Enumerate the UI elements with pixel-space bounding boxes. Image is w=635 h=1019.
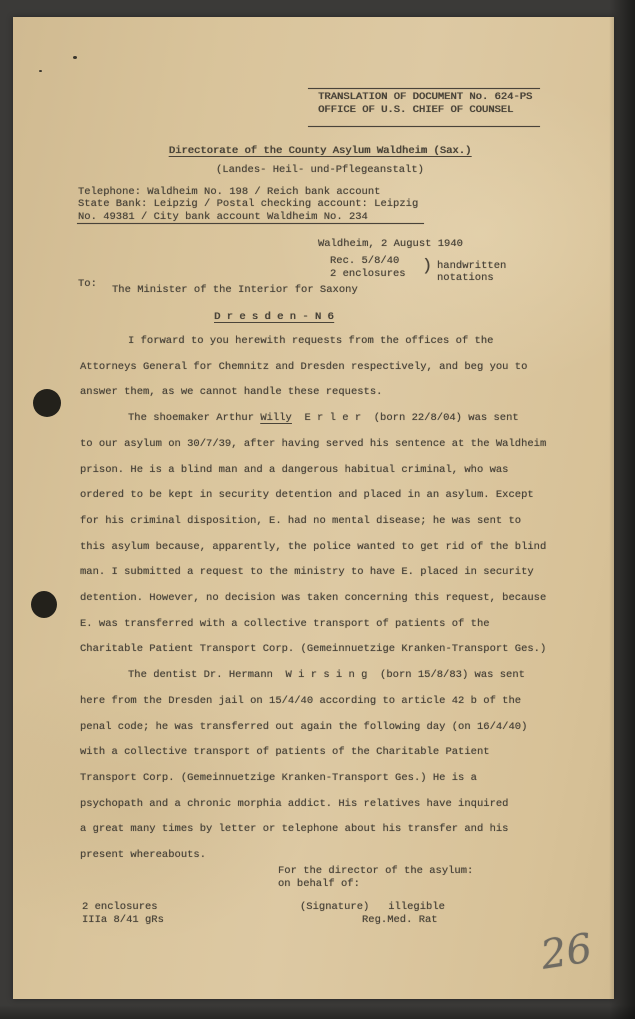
letterhead-contact: Telephone: Waldheim No. 198 / Reich bank… xyxy=(78,186,418,223)
dateline: Waldheim, 2 August 1940 xyxy=(318,238,463,250)
letterhead-title: Directorate of the County Asylum Waldhei… xyxy=(20,145,620,157)
text-line: answer them, as we cannot handle these r… xyxy=(80,380,566,406)
letterhead-subtitle: (Landes- Heil- und-Pflegeanstalt) xyxy=(20,164,620,176)
text-line: State Bank: Leipzig / Postal checking ac… xyxy=(78,198,418,210)
text-line: man. I submitted a request to the minist… xyxy=(80,560,566,586)
signature-block: (Signature) illegible Reg.Med. Rat xyxy=(300,901,445,927)
text-line: No. 49381 / City bank account Waldheim N… xyxy=(78,211,418,223)
document-page: TRANSLATION OF DOCUMENT No. 624-PS OFFIC… xyxy=(13,17,614,999)
punch-hole xyxy=(31,591,57,618)
text-line: Rec. 5/8/40 xyxy=(330,255,406,268)
text-line: notations xyxy=(437,272,506,284)
letter-body: I forward to you herewith requests from … xyxy=(80,329,566,869)
signature-line: (Signature) illegible xyxy=(300,901,445,914)
stamp-line-1: TRANSLATION OF DOCUMENT No. 624-PS xyxy=(318,91,532,104)
scan-edge-shadow xyxy=(609,0,635,1019)
stamp-rule-bottom xyxy=(308,126,540,127)
text-line: here from the Dresden jail on 15/4/40 ac… xyxy=(80,689,566,715)
footer-reference: 2 enclosuresIIIa 8/41 gRs xyxy=(82,901,164,927)
received-note-right: handwrittennotations xyxy=(437,260,506,284)
closing-block: For the director of the asylum: on behal… xyxy=(278,865,473,892)
text-line: with a collective transport of patients … xyxy=(80,740,566,766)
text-line: 2 enclosures xyxy=(330,268,406,281)
text-line: The shoemaker Arthur Willy E r l e r (bo… xyxy=(80,406,566,432)
scan-edge-shadow xyxy=(0,1005,635,1019)
translation-stamp: TRANSLATION OF DOCUMENT No. 624-PS OFFIC… xyxy=(318,91,532,116)
text-line: detention. However, no decision was take… xyxy=(80,586,566,612)
recipient-city-text: D r e s d e n - N 6 xyxy=(214,311,334,323)
paragraph-3: The dentist Dr. Hermann W i r s i n g (b… xyxy=(80,663,566,869)
text-line: Attorneys General for Chemnitz and Dresd… xyxy=(80,355,566,381)
text-line: 2 enclosures xyxy=(82,901,164,914)
text-line: IIIa 8/41 gRs xyxy=(82,914,164,927)
ink-speck xyxy=(73,56,77,59)
punch-hole xyxy=(33,389,61,417)
stamp-rule-top xyxy=(308,88,540,89)
text-line: this asylum because, apparently, the pol… xyxy=(80,535,566,561)
text-line: ordered to be kept in security detention… xyxy=(80,483,566,509)
stamp-line-2: OFFICE OF U.S. CHIEF OF COUNSEL xyxy=(318,104,532,117)
text-line: E. was transferred with a collective tra… xyxy=(80,612,566,638)
recipient-city: D r e s d e n - N 6 xyxy=(214,311,334,323)
received-note-left: Rec. 5/8/402 enclosures xyxy=(330,255,406,281)
letterhead-rule xyxy=(77,223,424,224)
handwritten-page-number: 26 xyxy=(538,925,595,978)
paragraph-2: The shoemaker Arthur Willy E r l e r (bo… xyxy=(80,406,566,663)
paragraph-1: I forward to you herewith requests from … xyxy=(80,329,566,406)
text-line: to our asylum on 30/7/39, after having s… xyxy=(80,432,566,458)
text-line: The dentist Dr. Hermann W i r s i n g (b… xyxy=(80,663,566,689)
recipient-name: The Minister of the Interior for Saxony xyxy=(112,284,358,296)
text-line: handwritten xyxy=(437,260,506,272)
text-line: I forward to you herewith requests from … xyxy=(80,329,566,355)
ink-speck xyxy=(39,70,42,72)
scanned-document-image: TRANSLATION OF DOCUMENT No. 624-PS OFFIC… xyxy=(0,0,635,1019)
recipient-label: To: xyxy=(78,278,97,290)
underlined-name: Willy xyxy=(260,412,292,424)
signature-title: Reg.Med. Rat xyxy=(362,914,445,927)
text-line: Charitable Patient Transport Corp. (Geme… xyxy=(80,637,566,663)
text-line: Transport Corp. (Gemeinnuetzige Kranken-… xyxy=(80,766,566,792)
received-note-bracket: ) xyxy=(422,257,432,276)
letterhead-title-text: Directorate of the County Asylum Waldhei… xyxy=(169,145,471,157)
closing-line-1: For the director of the asylum: xyxy=(278,865,473,878)
text-line: psychopath and a chronic morphia addict.… xyxy=(80,792,566,818)
text-line: penal code; he was transferred out again… xyxy=(80,715,566,741)
closing-line-2: on behalf of: xyxy=(278,878,473,891)
text-line: a great many times by letter or telephon… xyxy=(80,817,566,843)
text-line: Telephone: Waldheim No. 198 / Reich bank… xyxy=(78,186,418,198)
text-line: for his criminal disposition, E. had no … xyxy=(80,509,566,535)
text-line: prison. He is a blind man and a dangerou… xyxy=(80,458,566,484)
